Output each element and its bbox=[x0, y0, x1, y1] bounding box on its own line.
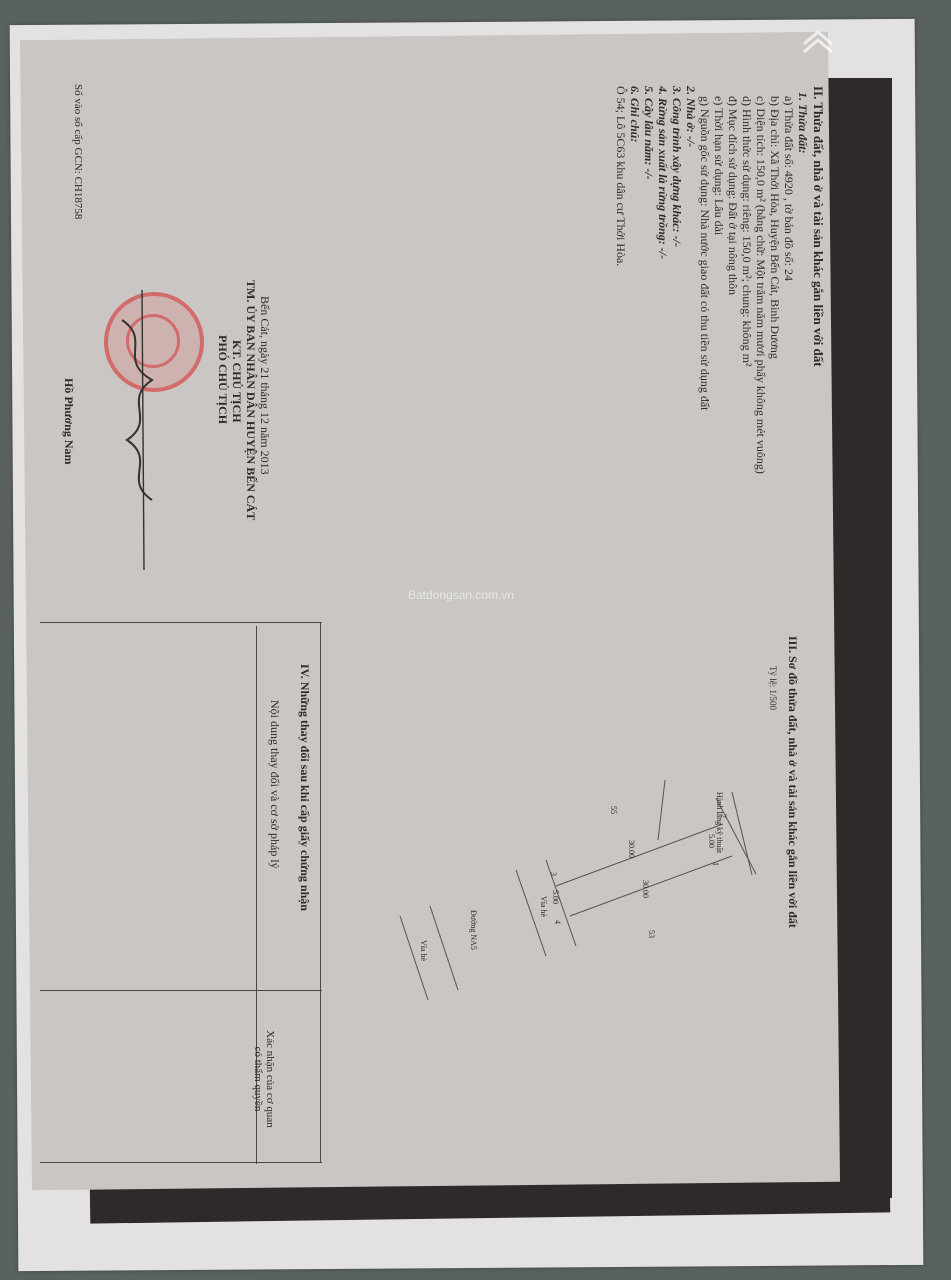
column-confirmation: Xác nhận của cơ quan có thẩm quyền bbox=[252, 1024, 276, 1134]
sidewalk-label-2: Vỉa hè bbox=[419, 940, 428, 961]
perennial-heading: 5. Cây lâu năm: -/- bbox=[641, 86, 656, 180]
corridor-label: Hành lang kỹ thuật bbox=[715, 792, 724, 853]
length-a: 30.00 bbox=[627, 840, 636, 858]
width-bottom: 5.00 bbox=[551, 890, 560, 904]
usage-term: e) Thời hạn sử dụng: Lâu dài bbox=[711, 96, 726, 235]
point-2: 2 bbox=[719, 814, 728, 818]
signer-role-2: PHÓ CHỦ TỊCH bbox=[215, 335, 230, 424]
parcel-55: 55 bbox=[609, 806, 618, 814]
section-3-title: III. Sơ đồ thửa đất, nhà ở và tài sản kh… bbox=[785, 636, 800, 928]
section-2-title: II. Thửa đất, nhà ở và tài sản khác gắn … bbox=[810, 86, 826, 367]
point-1: 1 bbox=[711, 862, 720, 866]
signature bbox=[112, 280, 172, 580]
usage-form: d) Hình thức sử dụng: riêng: 150,0 m²; c… bbox=[739, 96, 754, 367]
construction-heading: 3. Công trình xây dựng khác: -/- bbox=[669, 86, 684, 247]
issuing-organization: TM. ỦY BAN NHÂN DÂN HUYỆN BẾN CÁT bbox=[243, 280, 258, 520]
point-4: 4 bbox=[553, 920, 562, 924]
signer-name: Hồ Phương Nam bbox=[61, 378, 76, 465]
parcel-area: c) Diện tích: 150,0 m² (bằng chữ: Một tr… bbox=[753, 96, 768, 474]
parcel-number: a) Thửa đất số: 4920 , tờ bản đồ số: 24 bbox=[781, 96, 796, 281]
road-label: Đường NA5 bbox=[469, 910, 478, 950]
section-4-title: IV. Những thay đổi sau khi cấp giấy chứn… bbox=[297, 664, 312, 911]
note-text: Ô 54; Lô 5C63 khu dân cư Thới Hòa. bbox=[613, 86, 628, 266]
point-3: 3 bbox=[549, 872, 558, 876]
house-heading: 2. Nhà ở: -/- bbox=[683, 86, 698, 147]
parcel-address: b) Địa chỉ: Xã Thới Hòa, Huyện Bến Cát, … bbox=[767, 96, 782, 359]
map-scale: Tỷ lệ: 1/500 bbox=[768, 666, 778, 710]
place-date: Bến Cát, ngày 21 tháng 12 năm 2013 bbox=[257, 296, 272, 475]
changes-table bbox=[40, 622, 330, 1167]
column-changes: Nội dung thay đổi và cơ sở pháp lý bbox=[267, 700, 282, 869]
forest-heading: 4. Rừng sản xuất là rừng trồng: -/- bbox=[655, 86, 670, 259]
usage-origin: g) Nguồn gốc sử dụng: Nhà nước giao đất … bbox=[697, 96, 712, 410]
watermark: Batdongsan.com.vn bbox=[408, 588, 558, 618]
signer-role-1: KT. CHỦ TỊCH bbox=[229, 340, 244, 423]
watermark-logo-icon bbox=[800, 28, 836, 58]
usage-purpose: đ) Mục đích sử dụng: Đất ở tại nông thôn bbox=[725, 96, 740, 295]
sidewalk-label-1: Vỉa hè bbox=[539, 896, 548, 917]
parcel-heading: 1. Thửa đất: bbox=[795, 92, 810, 154]
width-top: 5.00 bbox=[707, 834, 716, 848]
parcel-53: 53 bbox=[647, 930, 656, 938]
certificate-number: Số vào sổ cấp GCN: CH18758 bbox=[72, 84, 84, 219]
note-heading: 6. Ghi chú: bbox=[627, 86, 642, 142]
length-b: 30.00 bbox=[641, 880, 650, 898]
